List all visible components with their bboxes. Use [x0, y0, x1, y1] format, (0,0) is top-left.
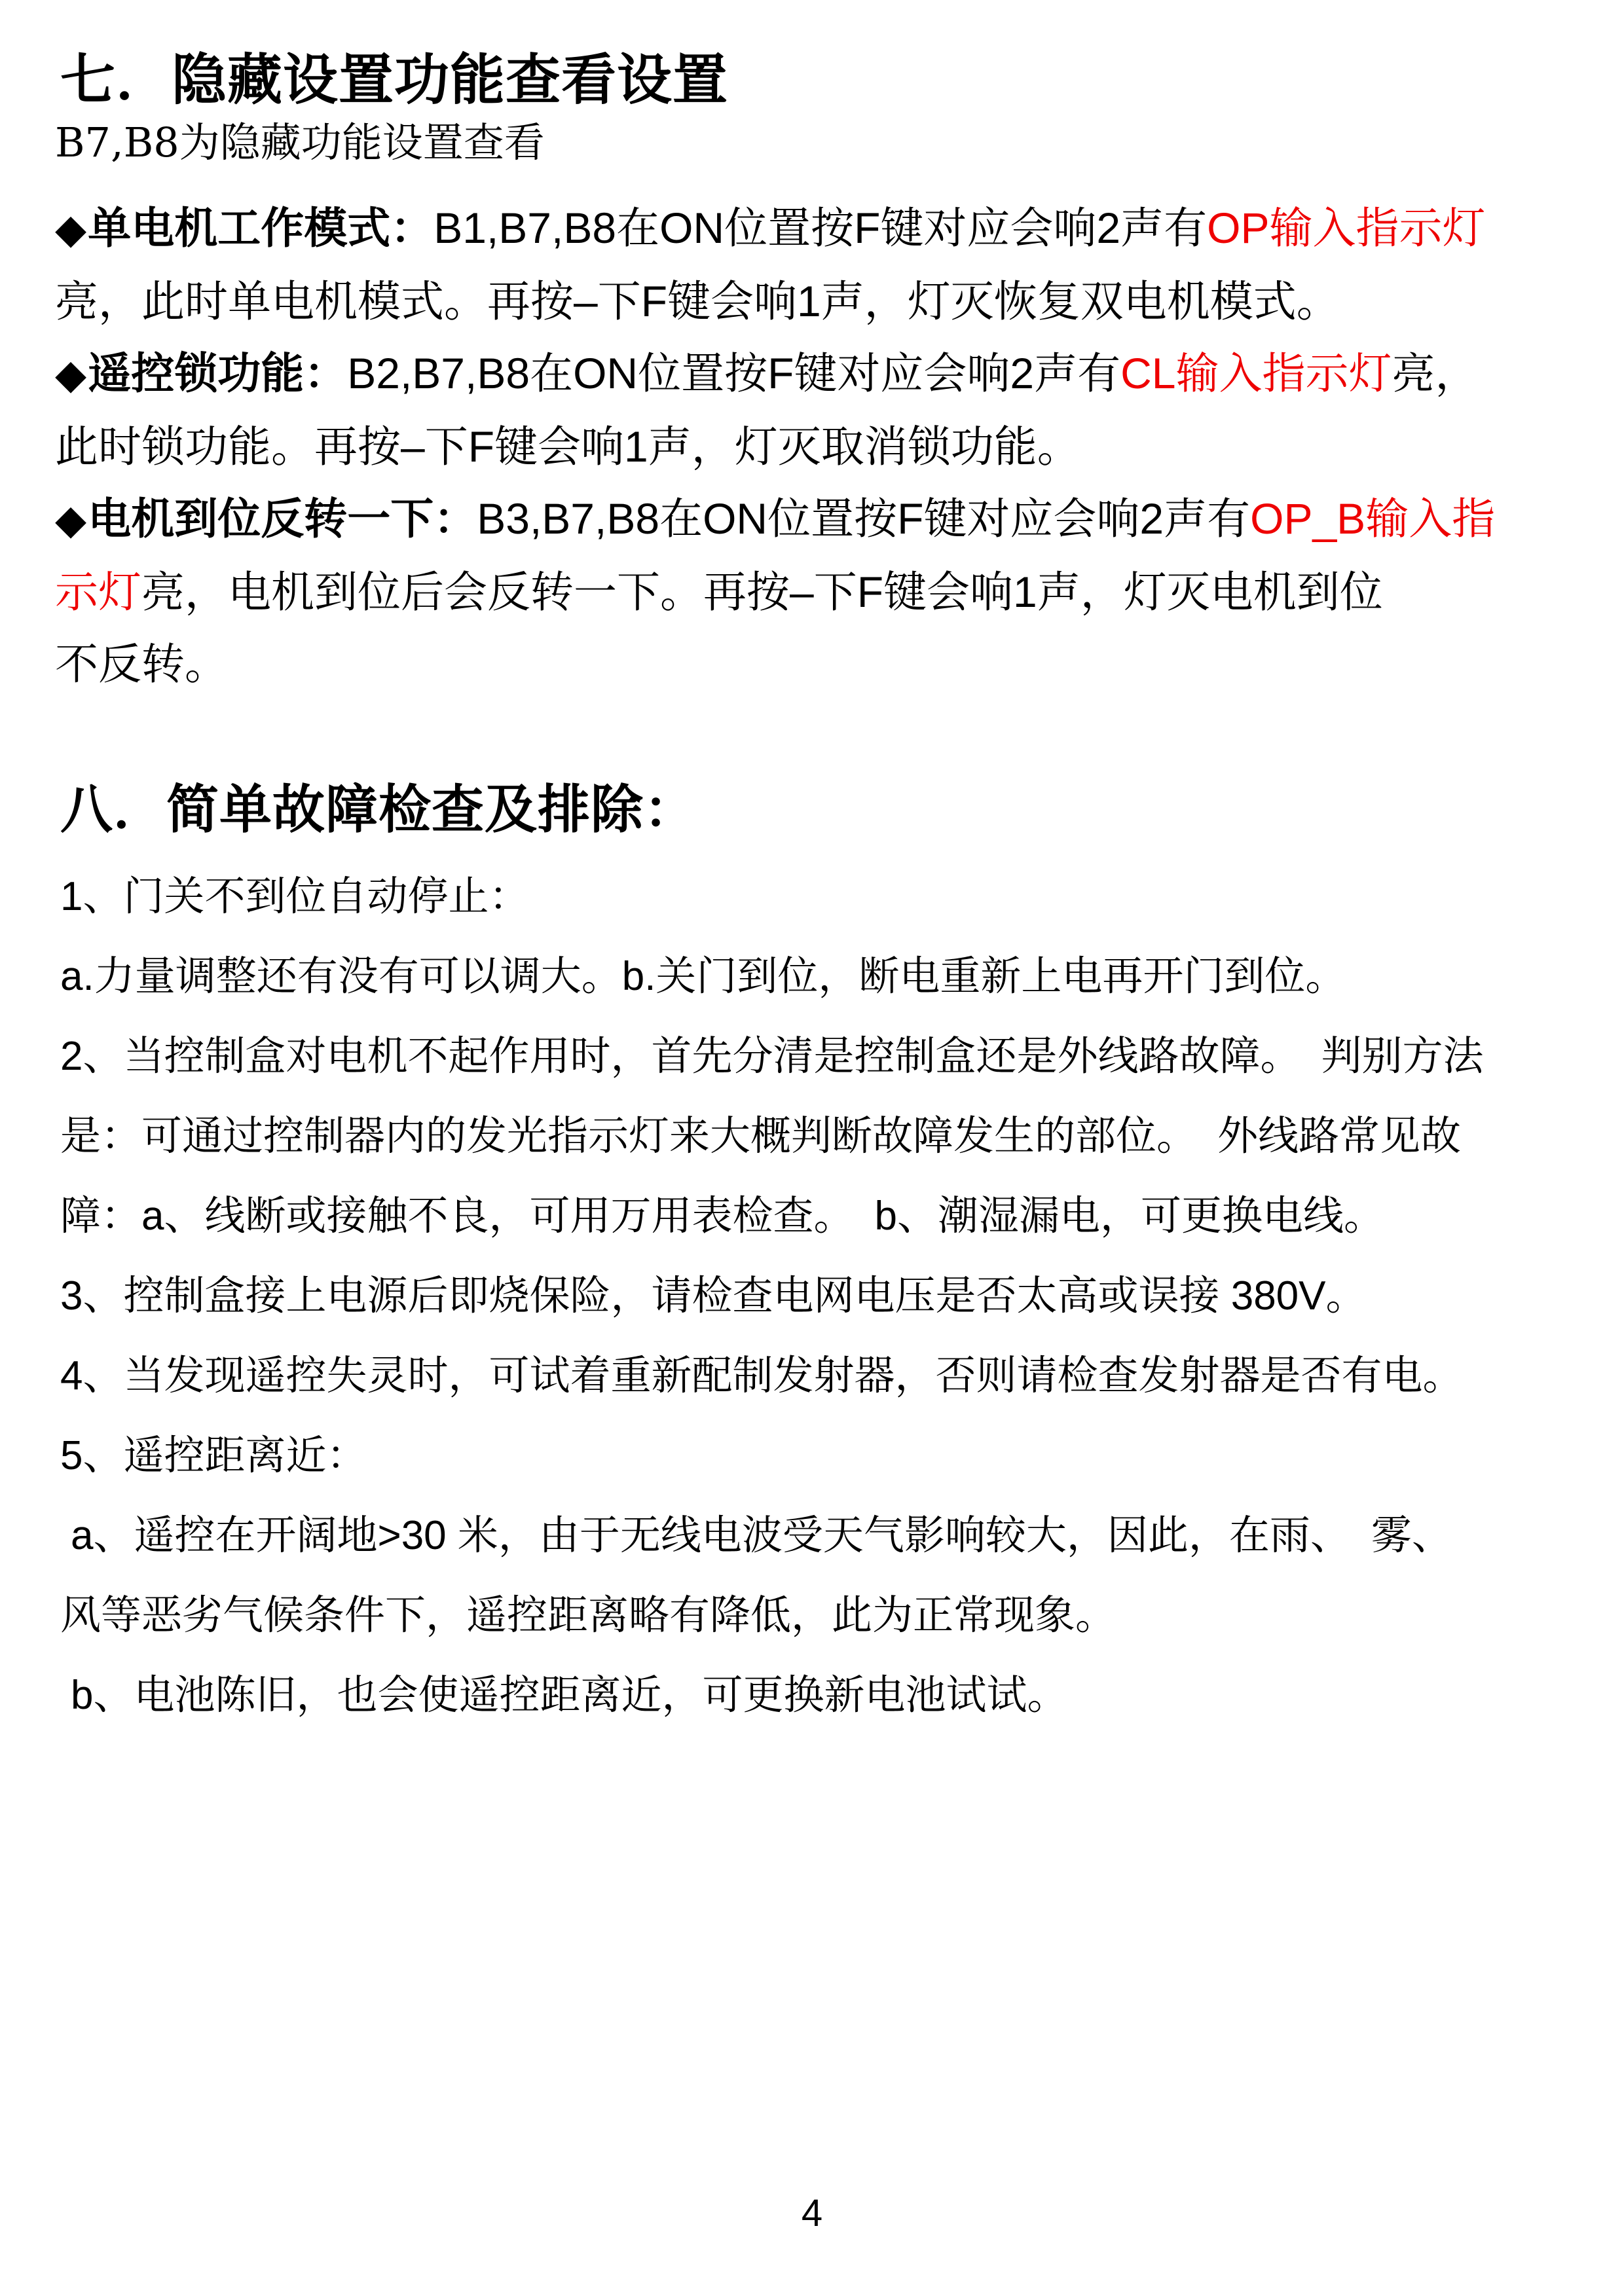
- fault-item-2-line2: 是：可通过控制器内的发光指示灯来大概判断故障发生的部位。 外线路常见故: [55, 1097, 1573, 1176]
- para1-label: 单电机工作模式：: [88, 204, 434, 252]
- para1-red-op-lamp: OP输入指示灯: [1207, 204, 1485, 252]
- fault-item-5b: b、电池陈旧，也会使遥控距离近，可更换新电池试试。: [55, 1656, 1573, 1736]
- para2-text: B2,B7,B8在ON位置按F键对应会响2声有: [347, 349, 1120, 397]
- diamond-bullet-icon: ◆: [55, 206, 86, 252]
- page-number: 4: [0, 2195, 1624, 2232]
- fault-item-5a-line2: 风等恶劣气候条件下，遥控距离略有降低，此为正常现象。: [55, 1576, 1573, 1656]
- para1-text-cont: 亮，此时单电机模式。再按–下F键会响1声，灯灭恢复双电机模式。: [55, 277, 1340, 325]
- fault-item-2-line1: 2、当控制盒对电机不起作用时，首先分清是控制盒还是外线路故障。 判别方法: [55, 1017, 1573, 1097]
- section7-subtitle: B7,B8为隐藏功能设置查看: [55, 120, 1573, 165]
- fault-item-5: 5、遥控距离近：: [55, 1416, 1573, 1496]
- fault-item-2-line3: 障：a、线断或接触不良，可用万用表检查。 b、潮湿漏电，可更换电线。: [55, 1176, 1573, 1256]
- para3-text: B3,B7,B8在ON位置按F键对应会响2声有: [477, 494, 1250, 543]
- para3-text-end: 不反转。: [55, 640, 228, 688]
- section-8-troubleshooting: 八．简单故障检查及排除： 1、门关不到位自动停止： a.力量调整还有没有可以调大…: [55, 778, 1573, 1736]
- para2-label: 遥控锁功能：: [88, 349, 347, 397]
- manual-page: 七．隐藏设置功能查看设置 B7,B8为隐藏功能设置查看 ◆单电机工作模式：B1,…: [0, 50, 1624, 1736]
- para3-label: 电机到位反转一下：: [88, 494, 477, 543]
- fault-item-4: 4、当发现遥控失灵时，可试着重新配制发射器，否则请检查发射器是否有电。: [55, 1336, 1573, 1416]
- para2-tail: 亮，: [1392, 349, 1478, 397]
- diamond-bullet-icon: ◆: [55, 352, 86, 397]
- para2-line2: 此时锁功能。再按–下F键会响1声，灯灭取消锁功能。: [55, 410, 1573, 483]
- para3-line1: ◆电机到位反转一下：B3,B7,B8在ON位置按F键对应会响2声有OP_B输入指: [55, 483, 1573, 556]
- para3-red-opb-lamp-cont: 示灯: [55, 568, 141, 616]
- section7-title: 七．隐藏设置功能查看设置: [60, 50, 1573, 110]
- para2-line1: ◆遥控锁功能：B2,B7,B8在ON位置按F键对应会响2声有CL输入指示灯亮，: [55, 337, 1573, 410]
- section8-title: 八．简单故障检查及排除：: [60, 778, 1573, 841]
- section8-list: 1、门关不到位自动停止： a.力量调整还有没有可以调大。b.关门到位，断电重新上…: [55, 857, 1573, 1736]
- para1-line1: ◆单电机工作模式：B1,B7,B8在ON位置按F键对应会响2声有OP输入指示灯: [55, 192, 1573, 265]
- para3-text-cont: 亮，电机到位后会反转一下。再按–下F键会响1声，灯灭电机到位: [141, 568, 1383, 616]
- diamond-bullet-icon: ◆: [55, 497, 86, 543]
- section-7-hidden-settings: 七．隐藏设置功能查看设置 B7,B8为隐藏功能设置查看 ◆单电机工作模式：B1,…: [55, 50, 1573, 700]
- fault-item-3: 3、控制盒接上电源后即烧保险，请检查电网电压是否太高或误接 380V。: [55, 1256, 1573, 1336]
- para3-line2: 示灯亮，电机到位后会反转一下。再按–下F键会响1声，灯灭电机到位: [55, 556, 1573, 628]
- para1-text: B1,B7,B8在ON位置按F键对应会响2声有: [434, 204, 1207, 252]
- para1-line2: 亮，此时单电机模式。再按–下F键会响1声，灯灭恢复双电机模式。: [55, 265, 1573, 337]
- para2-text-cont: 此时锁功能。再按–下F键会响1声，灯灭取消锁功能。: [55, 422, 1080, 471]
- fault-item-1: 1、门关不到位自动停止：: [55, 857, 1573, 937]
- fault-item-1a: a.力量调整还有没有可以调大。b.关门到位，断电重新上电再开门到位。: [55, 937, 1573, 1017]
- section7-body: ◆单电机工作模式：B1,B7,B8在ON位置按F键对应会响2声有OP输入指示灯 …: [55, 192, 1573, 700]
- para3-line3: 不反转。: [55, 628, 1573, 700]
- para3-red-opb-lamp: OP_B输入指: [1250, 494, 1495, 543]
- para2-red-cl-lamp: CL输入指示灯: [1120, 349, 1392, 397]
- fault-item-5a-line1: a、遥控在开阔地>30 米，由于无线电波受天气影响较大，因此，在雨、 雾、: [55, 1496, 1573, 1576]
